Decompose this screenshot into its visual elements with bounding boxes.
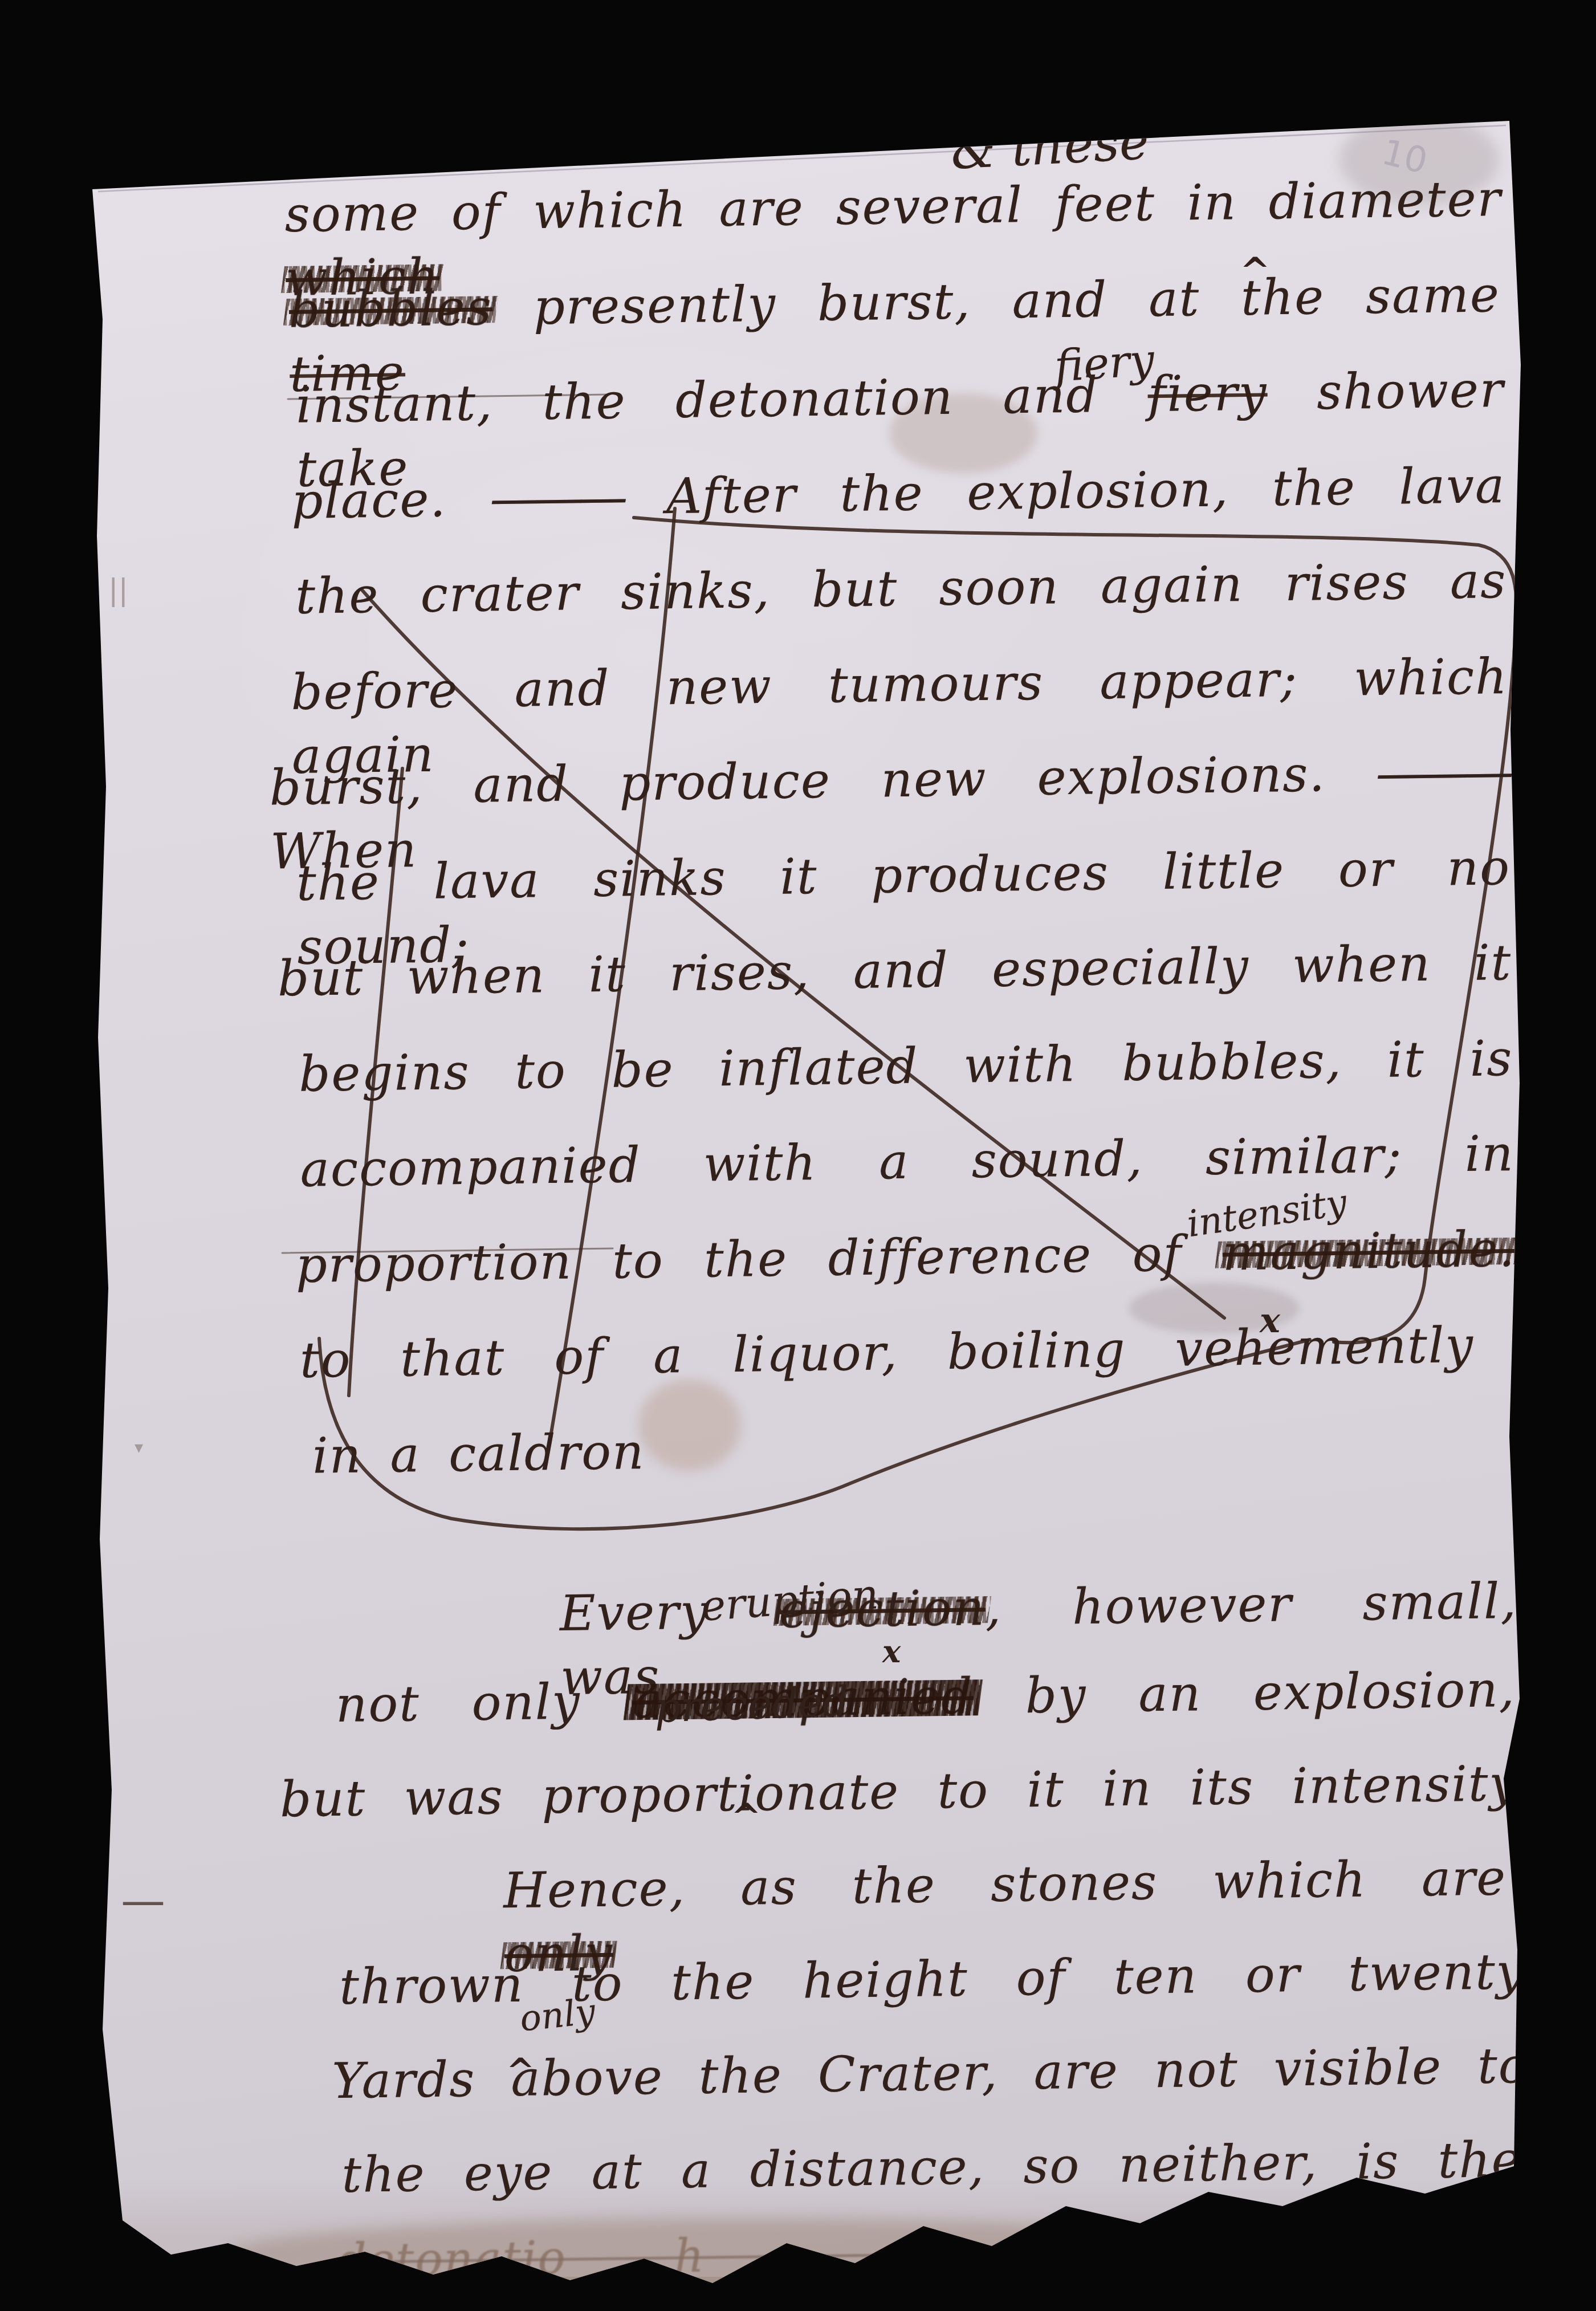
caret-mark: x	[882, 1633, 901, 1670]
caret-mark: x	[1260, 1301, 1280, 1341]
insertion-word: only	[518, 1990, 597, 2039]
insertion-word: fiery	[1053, 334, 1156, 392]
manuscript-paper-sheet: some of which are several feet in diamet…	[0, 0, 1596, 2311]
photo-background: some of which are several feet in diamet…	[0, 0, 1596, 2311]
page-number-pencil: 10	[1378, 131, 1431, 182]
margin-mark: ▾	[135, 1438, 143, 1458]
caret-mark: ^	[506, 2051, 535, 2091]
insertion-word: intensity	[1184, 1182, 1349, 1246]
insertion-word: & these	[950, 112, 1151, 181]
margin-mark: —	[121, 1875, 165, 1927]
archival-reference-pencil: HD 1A/1	[882, 92, 1094, 149]
insertion-word: eruption	[699, 1570, 880, 1630]
caret-mark: ^	[731, 1796, 762, 1838]
annotation-layer: HD 1A/1 10 & thesefieryintensityeruption…	[0, 0, 1596, 2311]
margin-mark: ||	[108, 573, 128, 607]
insertion-word: preceded	[654, 1677, 850, 1732]
caret-mark: ^	[1240, 250, 1271, 292]
